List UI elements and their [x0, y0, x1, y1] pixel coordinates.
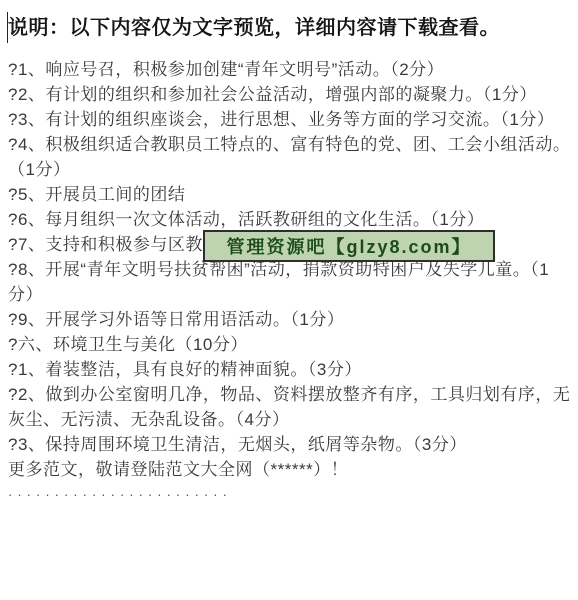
watermark-badge: 管理资源吧【glzy8.com】	[203, 230, 495, 262]
text-line: ?3、有计划的组织座谈会，进行思想、业务等方面的学习交流。（1分）	[8, 107, 572, 132]
text-line: ?6、每月组织一次文体活动，活跃教研组的文化生活。（1分）	[8, 207, 572, 232]
dotted-line: ························	[8, 482, 572, 507]
text-line-partially-covered: ?5、开展员工间的团结	[8, 182, 572, 207]
document-preview-page: 说明：以下内容仅为文字预览，详细内容请下载查看。 ?1、响应号召，积极参加创建“…	[0, 0, 578, 600]
text-line: ?3、保持周围环境卫生清洁，无烟头，纸屑等杂物。（3分）	[8, 432, 572, 457]
section-heading: ?六、环境卫生与美化（10分）	[8, 332, 572, 357]
text-line: ?9、开展学习外语等日常用语活动。（1分）	[8, 307, 572, 332]
text-line: ?1、着装整洁，具有良好的精神面貌。（3分）	[8, 357, 572, 382]
text-line: ?2、有计划的组织和参加社会公益活动，增强内部的凝聚力。（1分）	[8, 82, 572, 107]
preview-notice: 说明：以下内容仅为文字预览，详细内容请下载查看。	[8, 14, 572, 42]
footer-note: 更多范文，敬请登陆范文大全网（******）！	[8, 457, 572, 482]
watermark-label: 管理资源吧【glzy8.com】	[226, 233, 471, 259]
text-line: ?1、响应号召，积极参加创建“青年文明号”活动。（2分）	[8, 57, 572, 82]
text-line: ?8、开展“青年文明号扶贫帮困”活动，捐款资助特困户及失学儿童。（1分）	[8, 257, 572, 307]
text-line: ?4、积极组织适合教职员工特点的、富有特色的党、团、工会小组活动。（1分）	[8, 132, 572, 182]
text-line: ?2、做到办公室窗明几净，物品、资料摆放整齐有序，工具归划有序，无灰尘、无污渍、…	[8, 382, 572, 432]
